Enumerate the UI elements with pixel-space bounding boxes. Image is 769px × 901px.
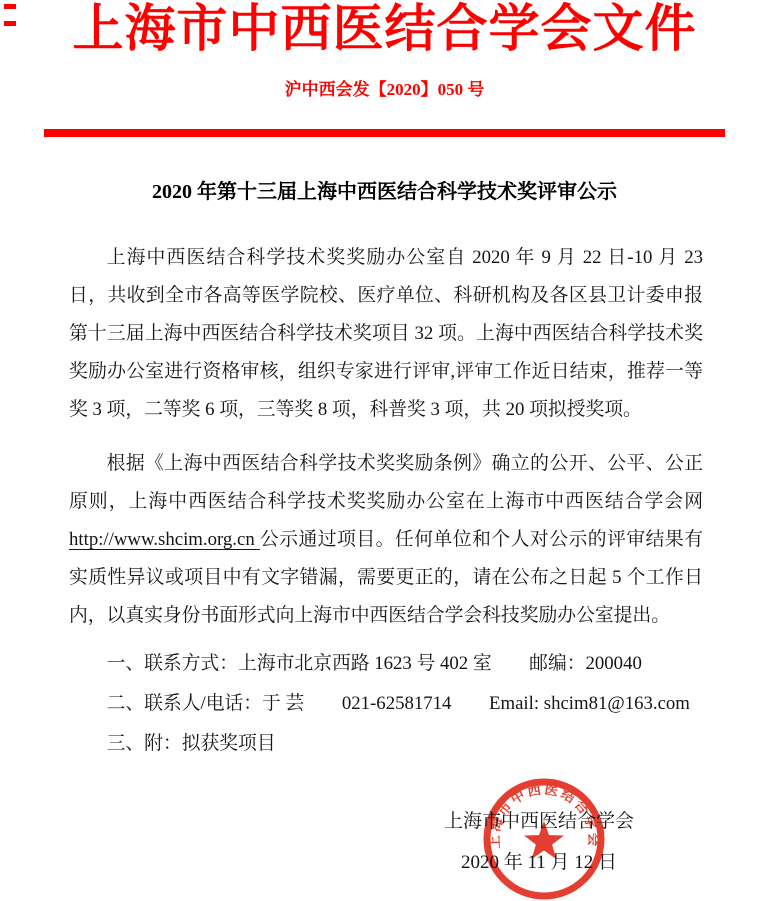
official-seal-stamp: 上海市中西医结合学会 [481, 776, 607, 901]
contact-line-attachment: 三、附：拟获奖项目 [69, 724, 729, 764]
doc-number: 沪中西会发【2020】050 号 [0, 79, 769, 101]
contact-list: 一、联系方式：上海市北京西路 1623 号 402 室 邮编：200040 二、… [69, 644, 729, 764]
paragraph-2-text-before-url: 根据《上海中西医结合科学技术奖奖励条例》确立的公开、公平、公正原则，上海中西医结… [69, 453, 703, 512]
contact-line-person-phone-email: 二、联系人/电话：于 芸 021-62581714 Email: shcim81… [69, 684, 729, 724]
document-page: 上海市中西医结合学会文件 沪中西会发【2020】050 号 2020 年第十三届… [0, 0, 769, 901]
paragraph-application-summary: 上海中西医结合科学技术奖奖励办公室自 2020 年 9 月 22 日-10 月 … [69, 239, 703, 429]
document-title: 2020 年第十三届上海中西医结合科学技术奖评审公示 [0, 178, 769, 206]
letterhead-title: 上海市中西医结合学会文件 [0, 2, 769, 58]
contact-line-address: 一、联系方式：上海市北京西路 1623 号 402 室 邮编：200040 [69, 644, 729, 684]
paragraph-publicity-notice: 根据《上海中西医结合科学技术奖奖励条例》确立的公开、公平、公正原则，上海中西医结… [69, 445, 703, 635]
website-link[interactable]: http://www.shcim.org.cn [69, 529, 260, 550]
red-divider-rule [44, 129, 725, 137]
seal-star-icon [524, 821, 564, 859]
